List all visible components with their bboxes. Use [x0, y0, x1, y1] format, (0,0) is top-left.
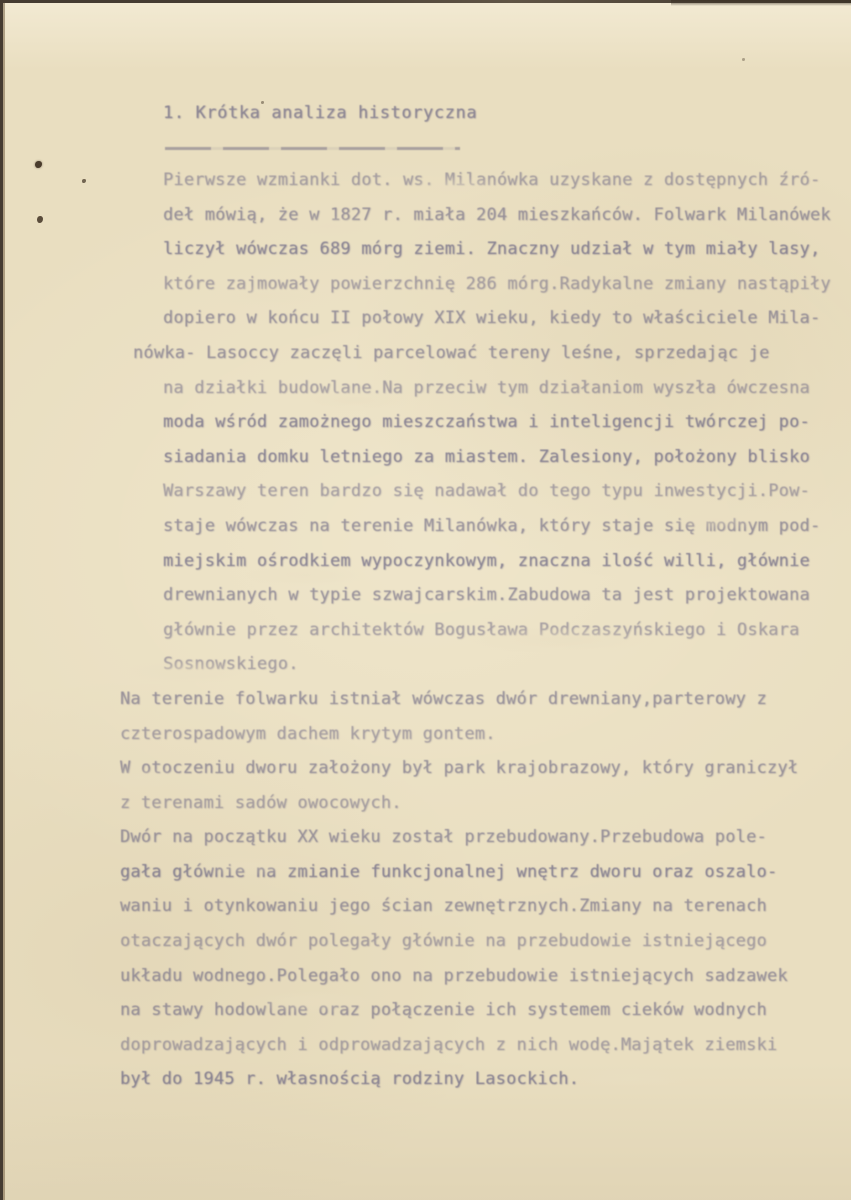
scan-edge-top-right — [671, 0, 851, 6]
text-line: z terenami sadów owocowych. — [120, 793, 840, 828]
text-line: staje wówczas na terenie Milanówka, któr… — [163, 516, 840, 551]
text-line: głównie przez architektów Bogusława Podc… — [163, 620, 840, 655]
text-line: doprowadzających i odprowadzających z ni… — [120, 1035, 840, 1070]
text-line: które zajmowały powierzchnię 286 mórg.Ra… — [163, 274, 840, 309]
text-line: deł mówią, że w 1827 r. miała 204 mieszk… — [163, 205, 840, 240]
text-line: układu wodnego.Polegało ono na przebudow… — [120, 966, 840, 1001]
text-line: na działki budowlane.Na przeciw tym dzia… — [163, 378, 840, 413]
text-line: był do 1945 r. własnością rodziny Lasock… — [120, 1069, 840, 1104]
typewritten-text-layer: 1. Krótka analiza historyczna Pierwsze w… — [0, 0, 851, 1200]
scanned-document-page: 1. Krótka analiza historyczna Pierwsze w… — [0, 0, 851, 1200]
text-line: moda wśród zamożnego mieszczaństwa i int… — [163, 412, 840, 447]
text-line: Pierwsze wzmianki dot. ws. Milanówka uzy… — [163, 170, 840, 205]
text-line: na stawy hodowlane oraz połączenie ich s… — [120, 1000, 840, 1035]
text-line: otaczających dwór polegały głównie na pr… — [120, 931, 840, 966]
section-heading: 1. Krótka analiza historyczna — [163, 103, 477, 123]
scan-edge-left — [0, 0, 5, 1200]
text-line: Sosnowskiego. — [163, 654, 840, 689]
text-line: dopiero w końcu II połowy XIX wieku, kie… — [163, 308, 840, 343]
text-line: drewnianych w typie szwajcarskim.Zabudow… — [163, 585, 840, 620]
body-text: Pierwsze wzmianki dot. ws. Milanówka uzy… — [120, 170, 840, 1104]
text-line: Dwór na początku XX wieku został przebud… — [120, 827, 840, 862]
text-line: Warszawy teren bardzo się nadawał do teg… — [163, 481, 840, 516]
text-line: gała głównie na zmianie funkcjonalnej wn… — [120, 862, 840, 897]
text-line: miejskim ośrodkiem wypoczynkowym, znaczn… — [163, 551, 840, 586]
text-line: liczył wówczas 689 mórg ziemi. Znaczny u… — [163, 239, 840, 274]
heading-underline — [165, 147, 460, 150]
text-line: Na terenie folwarku istniał wówczas dwór… — [120, 689, 840, 724]
text-line: W otoczeniu dworu założony był park kraj… — [120, 758, 840, 793]
text-line: nówka- Lasoccy zaczęli parcelować tereny… — [133, 343, 840, 378]
text-line: czterospadowym dachem krytym gontem. — [120, 724, 840, 759]
text-line: siadania domku letniego za miastem. Zale… — [163, 447, 840, 482]
text-line: waniu i otynkowaniu jego ścian zewnętrzn… — [120, 896, 840, 931]
